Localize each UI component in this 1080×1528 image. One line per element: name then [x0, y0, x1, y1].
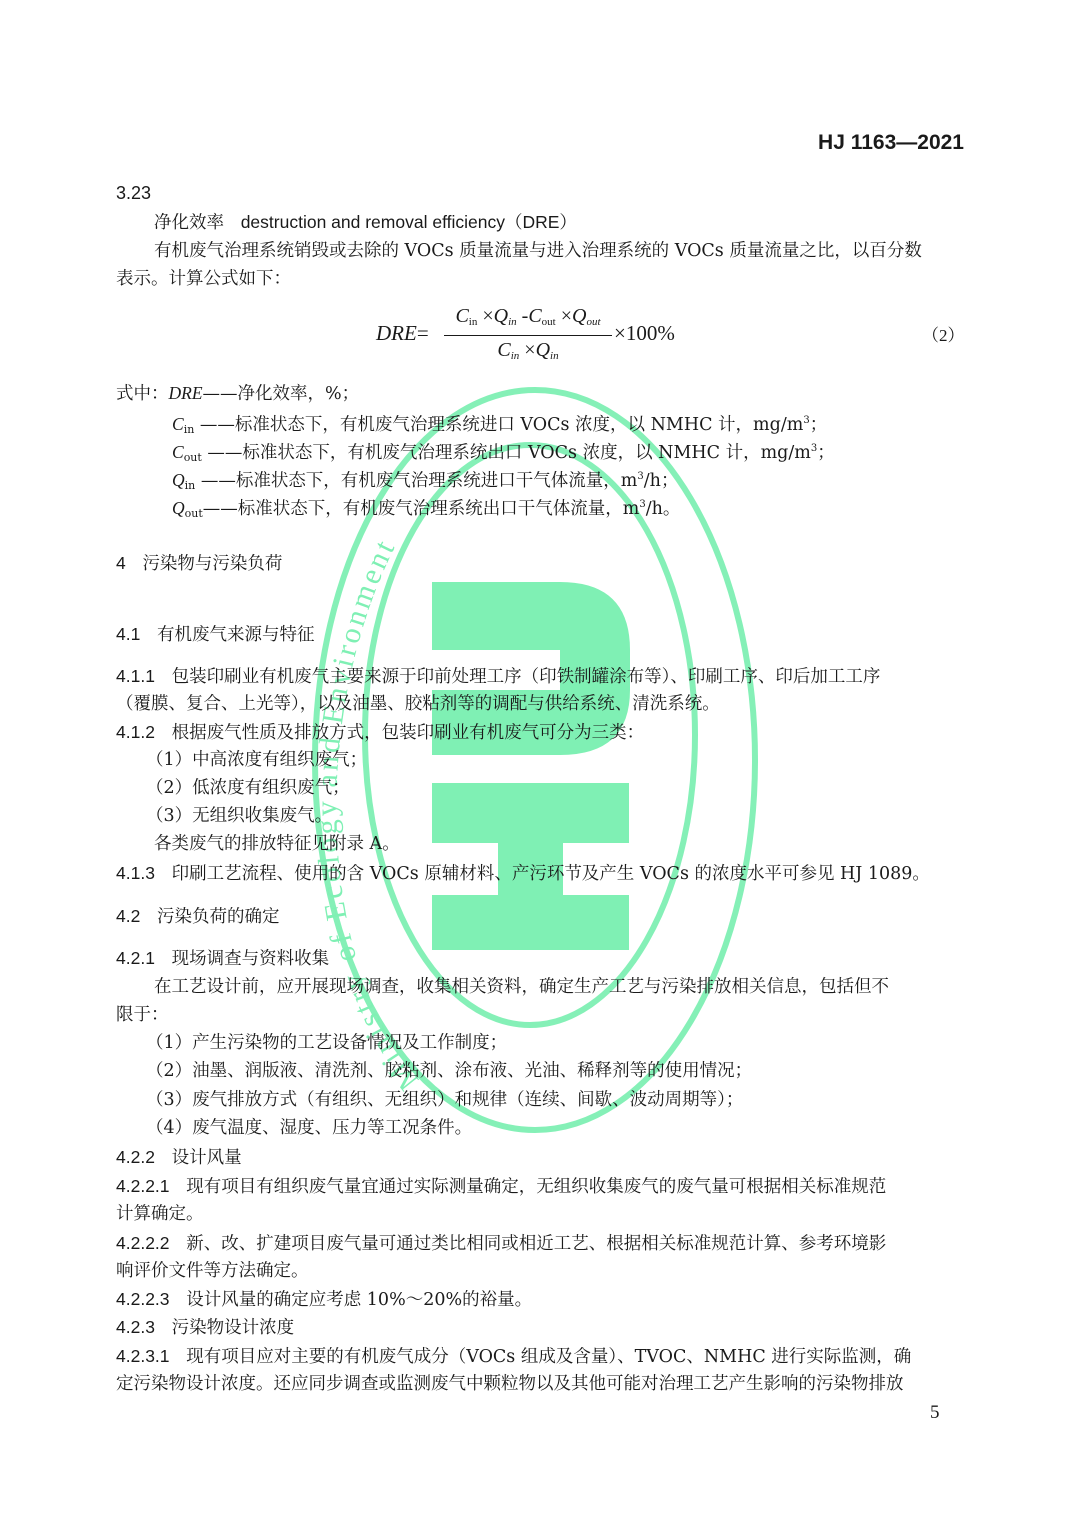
paragraph-line: 4.1.2 根据废气性质及排放方式，包装印刷业有机废气可分为三类：: [116, 721, 644, 744]
subsection-heading: 4.2.2 设计风量: [116, 1146, 242, 1169]
list-item: （4）废气温度、湿度、压力等工况条件。: [146, 1117, 472, 1139]
where-item: Cin ——标准状态下，有机废气治理系统进口 VOCs 浓度，以 NMHC 计，…: [172, 410, 827, 441]
section-heading: 4 污染物与污染负荷: [116, 552, 282, 575]
list-item: （1）中高浓度有组织废气；: [146, 749, 367, 771]
clause-number: 3.23: [116, 182, 151, 204]
section-heading: 4.2 污染负荷的确定: [116, 905, 280, 928]
where-item: 式中：DRE——净化效率，%；: [116, 382, 359, 405]
paragraph-line: 4.2.3.1 现有项目应对主要的有机废气成分（VOCs 组成及含量）、TVOC…: [116, 1345, 911, 1368]
paragraph-line: 4.1.1 包装印刷业有机废气主要来源于印前处理工序（印铁制罐涂布等）、印刷工序…: [116, 665, 880, 688]
subsection-heading: 4.2.3 污染物设计浓度: [116, 1316, 294, 1339]
paragraph-line: 在工艺设计前，应开展现场调查，收集相关资料，确定生产工艺与污染排放相关信息，包括…: [154, 976, 889, 998]
term-cn: 净化效率: [154, 213, 224, 233]
paragraph-line: 4.1.3 印刷工艺流程、使用的含 VOCs 原辅材料、产污环节及产生 VOCs…: [116, 862, 930, 885]
definition-line: 表示。计算公式如下：: [116, 268, 291, 290]
page-number: 5: [930, 1402, 940, 1424]
list-item: （3）无组织收集废气。: [146, 805, 332, 827]
where-item: Cout ——标准状态下，有机废气治理系统出口 VOCs 浓度，以 NMHC 计…: [172, 438, 835, 469]
paragraph-line: 定污染物设计浓度。还应同步调查或监测废气中颗粒物以及其他可能对治理工艺产生影响的…: [116, 1373, 904, 1395]
paragraph-line: 4.2.2.1 现有项目有组织废气量宜通过实际测量确定，无组织收集废气的废气量可…: [116, 1175, 886, 1198]
paragraph-line: 计算确定。: [116, 1203, 204, 1225]
list-item: （2）油墨、润版液、清洗剂、胶粘剂、涂布液、光油、稀释剂等的使用情况；: [146, 1060, 752, 1082]
subsection-heading: 4.2.1 现场调查与资料收集: [116, 947, 329, 970]
formula-numerator: Cin ×Qin -Cout ×Qout: [442, 305, 614, 328]
term-en: destruction and removal efficiency（DRE）: [241, 212, 577, 232]
term-heading: 净化效率 destruction and removal efficiency（…: [154, 211, 577, 234]
document-page: Ministry of Ecology and Environment HJ 1…: [0, 0, 1080, 1528]
paragraph-line: 响评价文件等方法确定。: [116, 1260, 309, 1282]
standard-id: HJ 1163—2021: [818, 131, 964, 155]
formula-rhs: ×100%: [614, 321, 675, 346]
equation-number: （2）: [922, 321, 965, 346]
paragraph-line: 4.2.2.2 新、改、扩建项目废气量可通过类比相同或相近工艺、根据相关标准规范…: [116, 1232, 886, 1255]
list-item: （1）产生污染物的工艺设备情况及工作制度；: [146, 1032, 507, 1054]
formula-lhs: DRE=: [376, 321, 429, 346]
paragraph-line: 各类废气的排放特征见附录 A。: [154, 833, 400, 855]
list-item: （3）废气排放方式（有组织、无组织）和规律（连续、间歇、波动周期等）；: [146, 1089, 743, 1111]
section-heading: 4.1 有机废气来源与特征: [116, 623, 315, 646]
fraction-bar: [444, 335, 612, 336]
definition-line: 有机废气治理系统销毁或去除的 VOCs 质量流量与进入治理系统的 VOCs 质量…: [154, 240, 922, 262]
list-item: （2）低浓度有组织废气；: [146, 777, 350, 799]
paragraph-line: 4.2.2.3 设计风量的确定应考虑 10%～20%的裕量。: [116, 1288, 532, 1311]
where-item: Qin ——标准状态下，有机废气治理系统进口干气体流量，m3/h；: [172, 466, 678, 497]
paragraph-line: 限于：: [116, 1004, 169, 1026]
formula-denominator: Cin ×Qin: [442, 339, 614, 362]
where-item: Qout——标准状态下，有机废气治理系统出口干气体流量，m3/h。: [172, 494, 680, 525]
paragraph-line: （覆膜、复合、上光等），以及油墨、胶粘剂等的调配与供给系统、清洗系统。: [116, 693, 720, 715]
